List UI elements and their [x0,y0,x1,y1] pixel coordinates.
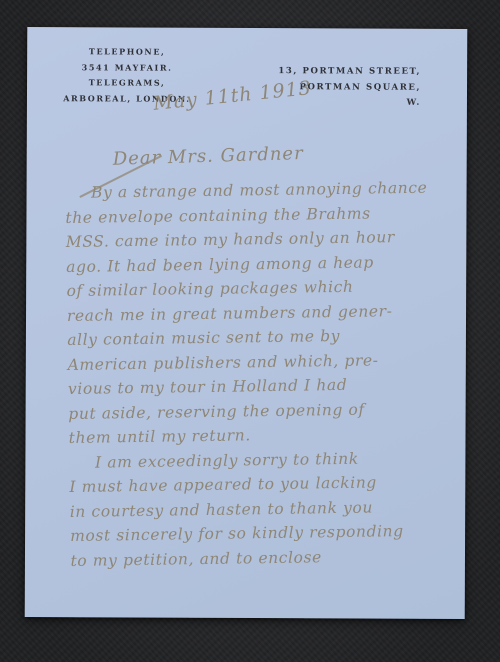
letter-body: By a strange and most annoying chance th… [65,175,467,573]
letter-sheet: TELEPHONE, 3541 MAYFAIR. TELEGRAMS, ARBO… [25,27,468,619]
letterhead-line: TELEPHONE, [47,44,207,60]
letterhead-line: 13, PORTMAN STREET, [221,64,421,80]
handwritten-line: to my petition, and to enclose [70,543,466,573]
greeting: Dear Mrs. Gardner [112,143,304,170]
letterhead-line: 3541 MAYFAIR. [47,60,207,76]
letter-photograph: TELEPHONE, 3541 MAYFAIR. TELEGRAMS, ARBO… [0,0,500,662]
